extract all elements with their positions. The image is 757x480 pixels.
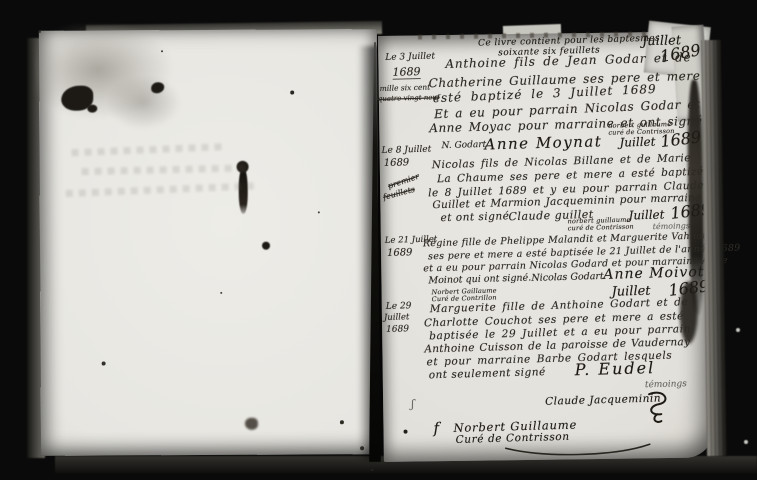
entry-margin-date: Le 8 Juillet: [381, 145, 431, 156]
ink-blot: [245, 418, 258, 430]
paper-stain: [35, 24, 216, 155]
entry-line: ont seulement signé: [429, 366, 546, 381]
witness-note: témoings: [653, 221, 691, 231]
signature: P. Eudel: [574, 358, 655, 379]
signature: Anne Moynat: [484, 132, 602, 153]
priest-note: norbert guillaume curé de Contrisson: [567, 217, 634, 233]
bleed-through-smudge: [66, 182, 254, 197]
entry-month: Juillet: [619, 135, 655, 150]
entry-margin-note: mille six cent: [380, 83, 431, 93]
signature-underline-flourish-icon: [504, 442, 654, 458]
ink-dot: [403, 430, 407, 434]
bleed-through-smudge: [82, 164, 250, 175]
signature: Nicolas Godart: [531, 271, 604, 284]
entry-line: et ont signé: [440, 210, 509, 224]
pen-mark: ʃ: [411, 397, 414, 410]
ink-streak: [239, 168, 248, 214]
entry-margin-date: Juillet: [384, 312, 410, 323]
ink-specks: [39, 31, 41, 33]
entry-margin-date: 1689: [384, 157, 410, 169]
scanned-register-spread: Ce livre contient pour les baptesmes soi…: [0, 0, 757, 480]
ink-blot: [262, 242, 270, 250]
entry-margin-note: quatre vingt neuf: [378, 93, 440, 103]
entry-margin-date: 1689: [392, 65, 420, 80]
signature-flourish-icon: [645, 388, 672, 424]
entry-month: Juillet: [628, 208, 664, 223]
entry-line: Moinot qui ont signé.: [428, 272, 531, 286]
priest-note-line: curé de Contrisson: [568, 224, 634, 233]
entry-margin-date: Le 3 Juillet: [385, 52, 435, 63]
entry-margin-date: 1689: [387, 247, 413, 259]
left-page: [39, 29, 379, 456]
signature: Claude Jacqueminin: [545, 392, 661, 407]
entry-margin-date: 1689: [386, 324, 409, 335]
dust-speck: [736, 328, 740, 332]
ink-blot: [87, 105, 97, 113]
right-page: Ce livre contient pour les baptesmes soi…: [378, 31, 714, 462]
signature: N. Godart: [441, 140, 486, 151]
entry-margin-date: Le 29: [386, 301, 412, 312]
dust-speck: [744, 440, 748, 444]
pen-mark: f: [433, 419, 439, 437]
